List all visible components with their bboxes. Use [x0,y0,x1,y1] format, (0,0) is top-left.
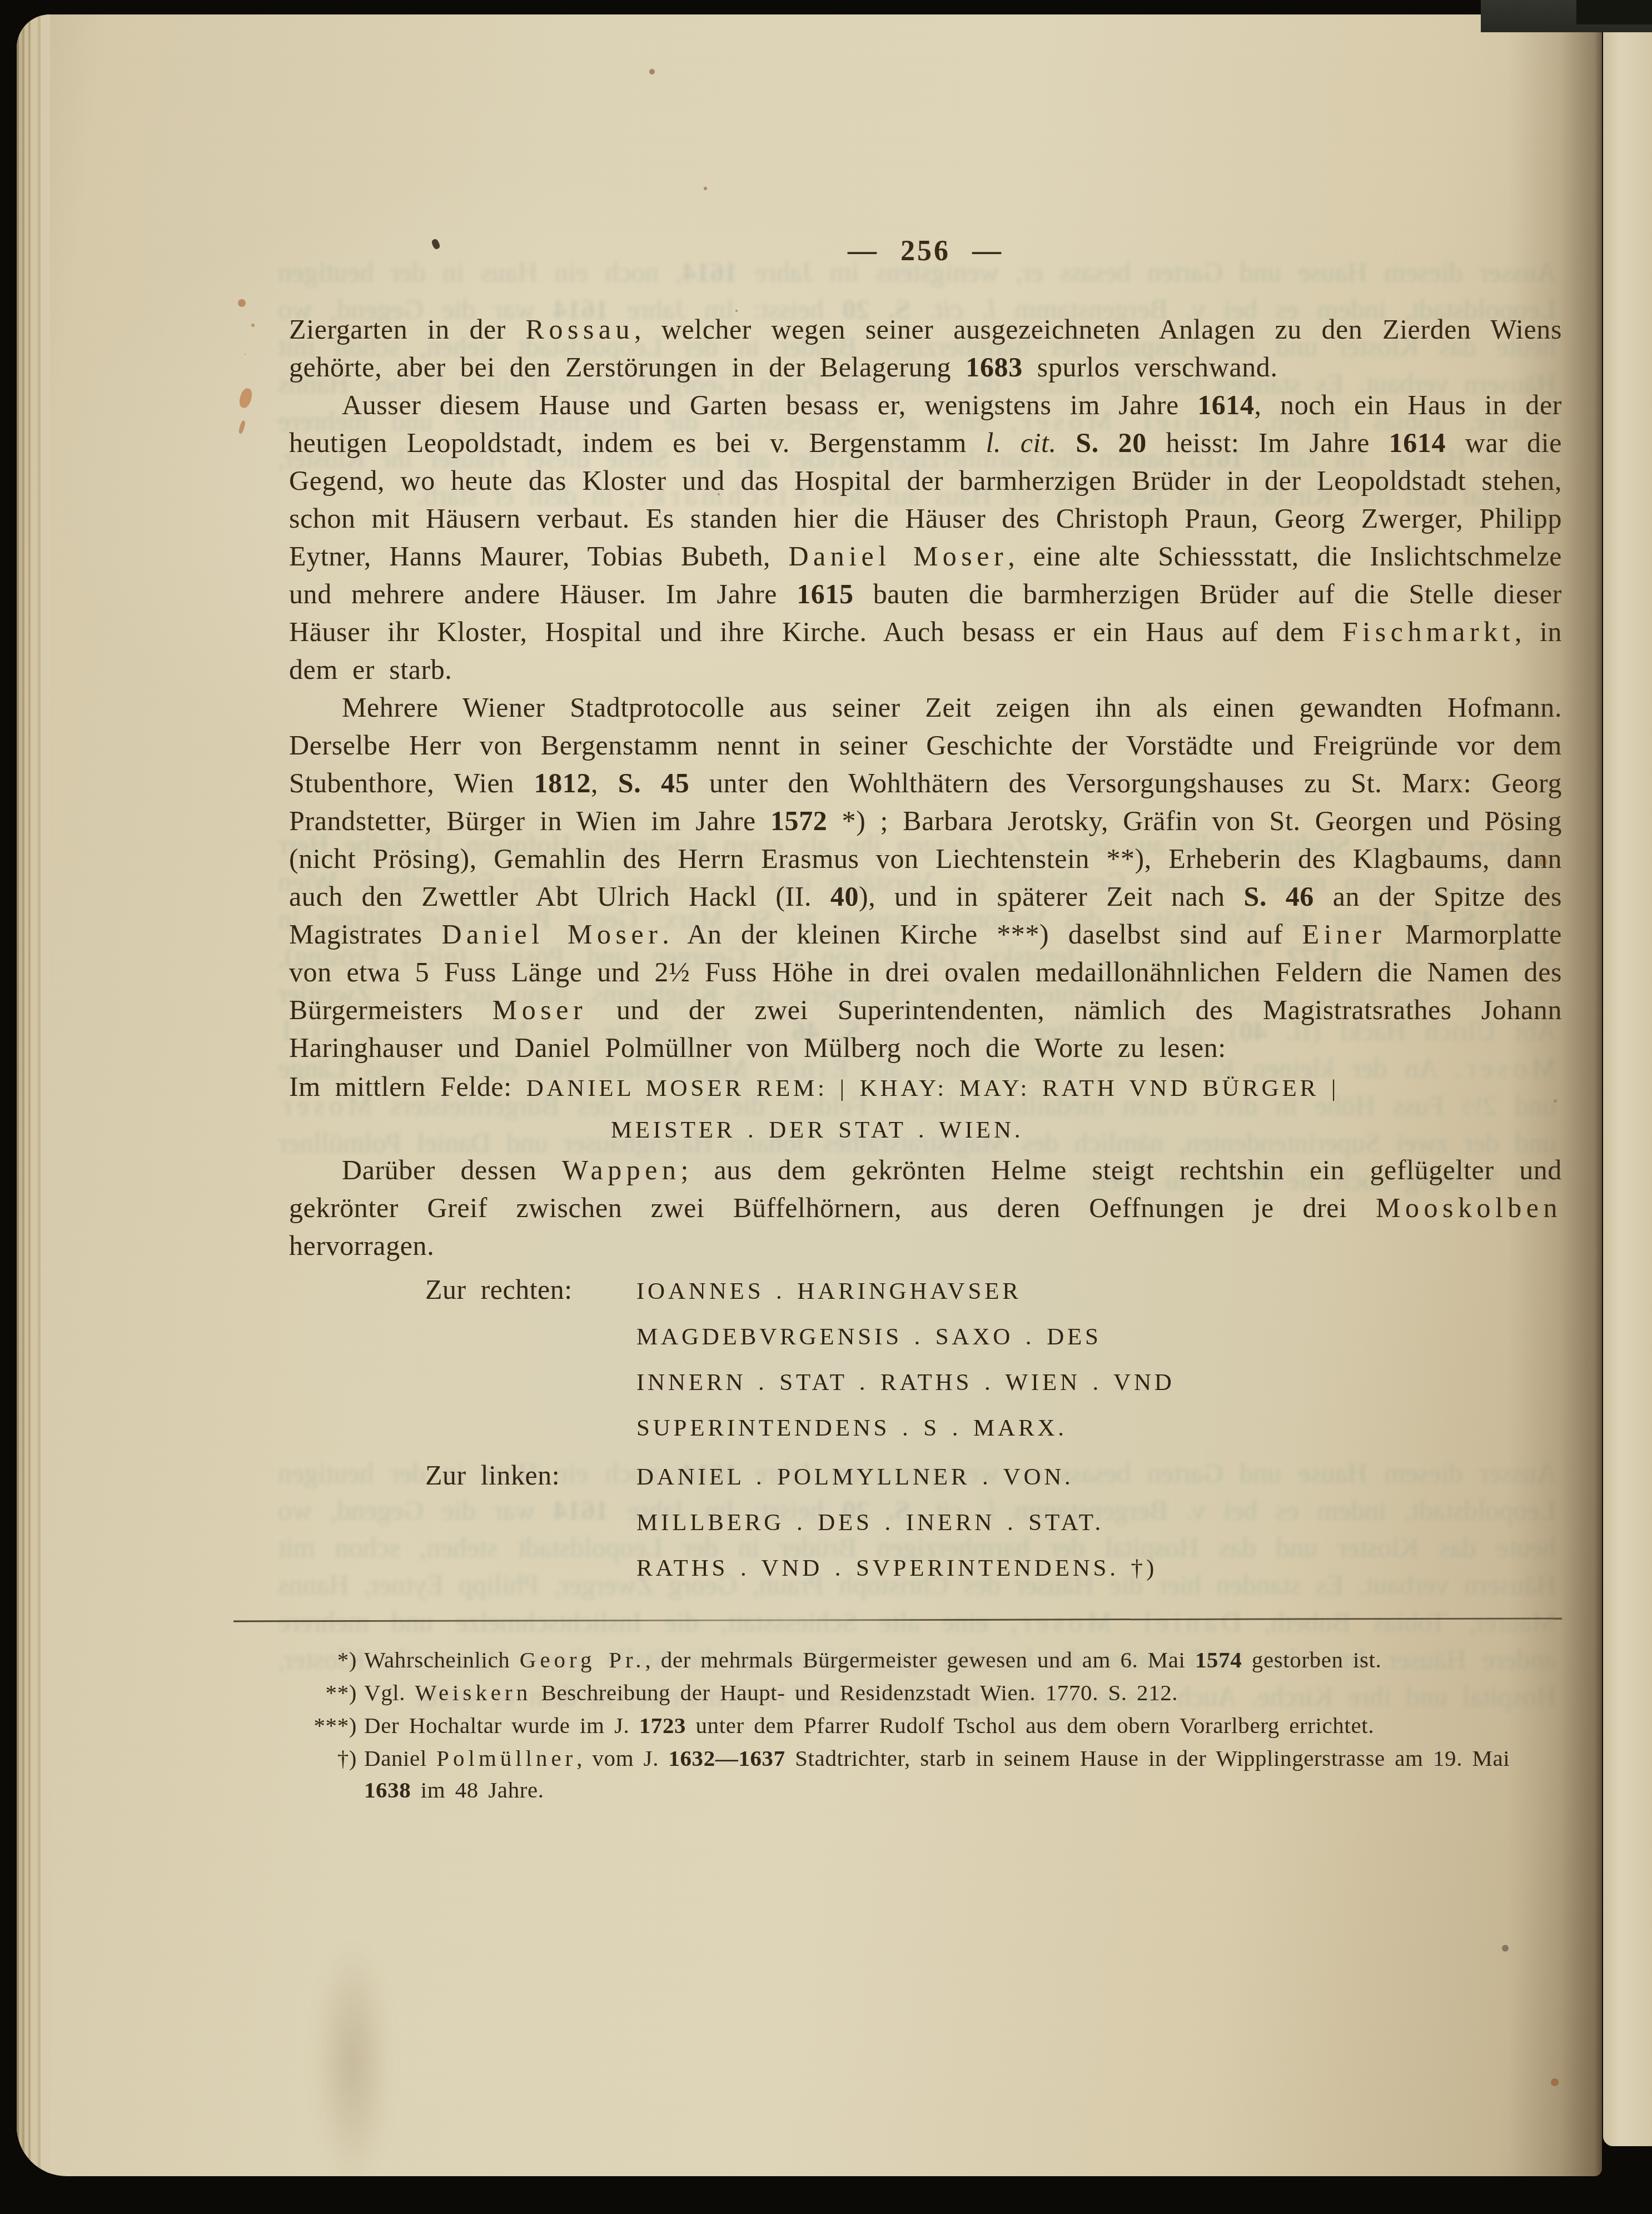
page-stack-edges [17,14,58,2176]
stain [649,69,655,75]
inscription-line: INNERN . STAT . RATHS . WIEN . VND [289,1359,1562,1404]
adjacent-page-edge [1603,12,1652,2146]
inscription-text: MAGDEBVRGENSIS . SAXO . DES [636,1324,1102,1350]
footnote-4: †)Daniel Polmüllner, vom J. 1632—1637 St… [233,1743,1562,1806]
inscription-text: SUPERINTENDENS . S . MARX. [636,1415,1067,1441]
inscription-text: IOANNES . HARINGHAVSER [636,1278,1022,1304]
inscription-text: DANIEL MOSER REM: | KHAY: MAY: RATH VND … [526,1075,1339,1101]
book-page: Ausser diesem Hause und Garten besass er… [17,14,1602,2176]
footnote-text: Wahrscheinlich Georg Pr., der mehrmals B… [364,1647,1381,1672]
paragraph-2: Ausser diesem Hause und Garten besass er… [289,386,1562,688]
inscription-line: MAGDEBVRGENSIS . SAXO . DES [289,1313,1562,1359]
inscription-left-medallion: Zur linken:DANIEL . POLMYLLNER . VON. MI… [289,1453,1562,1590]
inscription-line: MILLBERG . DES . INERN . STAT. [289,1499,1562,1545]
footnote-2: **)Vgl. Weiskern Beschreibung der Haupt-… [233,1677,1562,1709]
paragraph-3: Mehrere Wiener Stadtprotocolle aus seine… [289,688,1562,1066]
text-column: Ziergarten in der Rossau, welcher wegen … [289,310,1562,1807]
footnote-marker: †) [233,1743,357,1774]
inscription-text-centered: MEISTER . DER STAT . WIEN. [289,1108,1345,1151]
stain [238,299,246,307]
stain [431,238,441,250]
footnote-text: Der Hochaltar wurde im J. 1723 unter dem… [364,1712,1374,1738]
footnote-marker: **) [233,1677,357,1709]
inscription-middle-field: Im mittlern Felde:DANIEL MOSER REM: | KH… [289,1068,1562,1151]
bookmark-ribbon [1576,0,1652,24]
footnote-separator [233,1617,1562,1622]
right-medallion-label: Zur rechten: [425,1268,636,1312]
paragraph-4: Darüber dessen Wappen; aus dem gekrönten… [289,1151,1562,1264]
gutter-shadow [1507,14,1602,2176]
footnote-text: Daniel Polmüllner, vom J. 1632—1637 Stad… [364,1745,1510,1803]
inscription-text: INNERN . STAT . RATHS . WIEN . VND [636,1369,1175,1396]
inscription-text: MILLBERG . DES . INERN . STAT. [636,1510,1104,1536]
stain [317,1944,389,2176]
inscription-line: Zur rechten:IOANNES . HARINGHAVSER [289,1268,1562,1313]
inscription-text: DANIEL . POLMYLLNER . VON. [636,1464,1074,1490]
page-number: — 256 — [848,235,1003,267]
stain [237,387,253,409]
footnote-3: ***)Der Hochaltar wurde im J. 1723 unter… [233,1710,1562,1741]
footnotes-section: *)Wahrscheinlich Georg Pr., der mehrmals… [233,1619,1562,1806]
inscription-right-medallion: Zur rechten:IOANNES . HARINGHAVSER MAGDE… [289,1268,1562,1450]
footnote-1: *)Wahrscheinlich Georg Pr., der mehrmals… [233,1644,1562,1676]
inscription-line: RATHS . VND . SVPERINTENDENS. †) [289,1545,1562,1590]
paragraph-1: Ziergarten in der Rossau, welcher wegen … [289,310,1562,386]
footnote-marker: *) [233,1644,357,1676]
inscription-text: RATHS . VND . SVPERINTENDENS. †) [636,1555,1157,1581]
footnote-text: Vgl. Weiskern Beschreibung der Haupt- un… [364,1680,1178,1705]
book-scan: Ausser diesem Hause und Garten besass er… [0,0,1652,2214]
inscription-line: Zur linken:DANIEL . POLMYLLNER . VON. [289,1453,1562,1499]
footnote-marker: ***) [233,1710,357,1741]
inscription-label: Im mittlern Felde: [289,1071,512,1102]
inscription-line: SUPERINTENDENS . S . MARX. [289,1404,1562,1450]
inscription-line: Im mittlern Felde:DANIEL MOSER REM: | KH… [289,1068,1562,1108]
left-medallion-label: Zur linken: [425,1453,636,1497]
